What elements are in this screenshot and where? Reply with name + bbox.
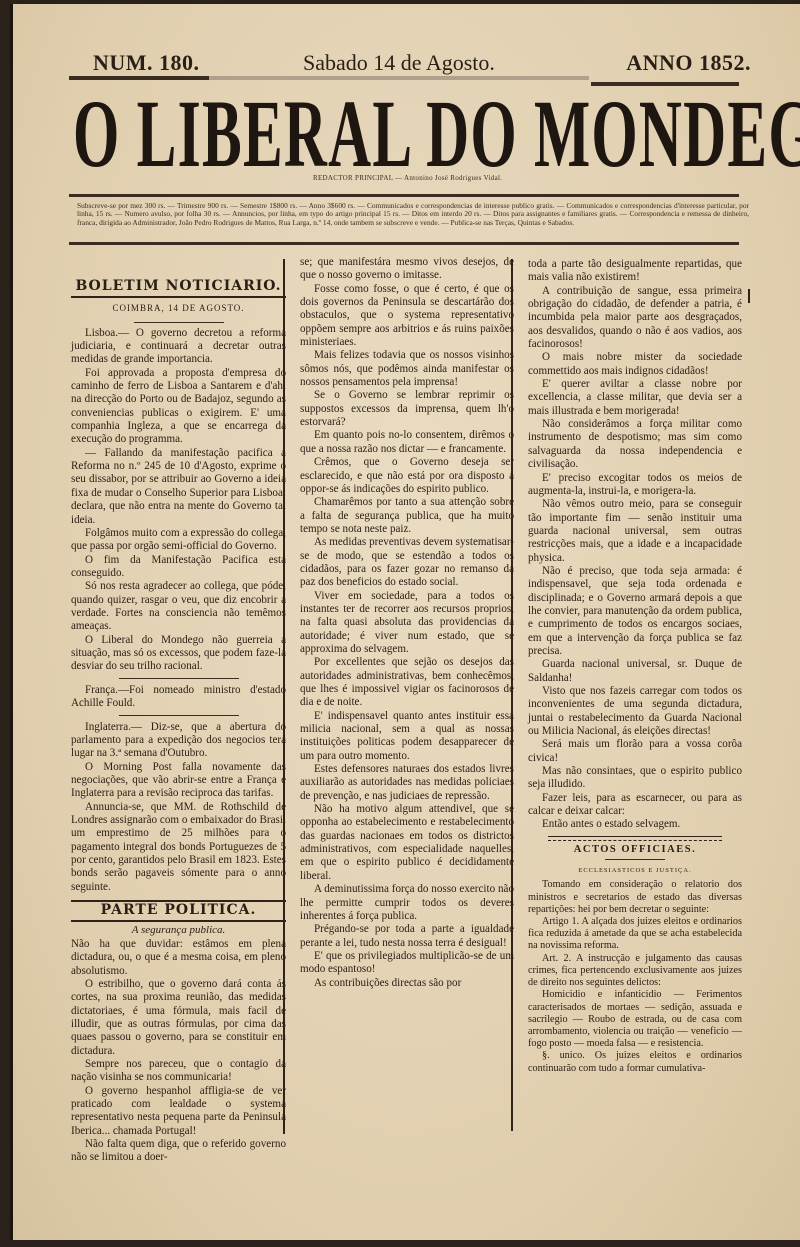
issue-number: NUM. 180. [93, 50, 200, 76]
article-paragraph: O estribilho, que o governo dará conta á… [71, 978, 286, 1058]
section-title-boletim: BOLETIM NOTICIARIO. [71, 280, 286, 293]
separator [119, 678, 239, 679]
article-paragraph: Estes defensores naturaes dos estados li… [300, 763, 514, 803]
article-paragraph: As contribuições directas são por [300, 977, 514, 990]
article-paragraph: Prégando-se por toda a parte a igualdade… [300, 923, 514, 950]
news-england: Inglaterra.— Diz-se, que a abertura do p… [71, 721, 286, 761]
article-paragraph: Não é preciso, que toda seja armada: é i… [528, 565, 742, 658]
subscription-rule-bottom [69, 242, 739, 245]
issue-date: Sabado 14 de Agosto. [303, 50, 495, 76]
article-paragraph: Folgâmos muito com a expressão do colleg… [71, 527, 286, 554]
editor-line: REDACTOR PRINCIPAL — Antonino José Rodri… [313, 174, 502, 182]
article-paragraph: Não falta quem diga, que o referido gove… [71, 1138, 286, 1165]
article-paragraph: A contribuição de sangue, essa primeira … [528, 285, 742, 352]
column-1: BOLETIM NOTICIARIO. COIMBRA, 14 DE AGOST… [71, 280, 286, 1165]
article-paragraph: toda a parte tão desigualmente repartida… [528, 258, 742, 285]
separator [605, 859, 665, 860]
article-paragraph: Viver em sociedade, para a todos os inst… [300, 590, 514, 657]
news-england: Annuncia-se, que MM. de Rothschild de Lo… [71, 801, 286, 894]
subscription-rule-top [69, 194, 739, 197]
subscription-info: Subscreve-se por mez 300 rs. — Trimestre… [77, 202, 749, 227]
section-title-politica: PARTE POLITICA. [71, 904, 286, 917]
article-paragraph: Mais felizes todavia que os nossos visin… [300, 349, 514, 389]
issue-year: ANNO 1852. [626, 50, 751, 76]
article-paragraph: O governo hespanhol affligia-se de ver p… [71, 1085, 286, 1138]
section-title-actos: ACTOS OFFICIAES. [528, 843, 742, 856]
article-paragraph: E' que os privilegiados multiplicão-se d… [300, 950, 514, 977]
article-paragraph: Lisboa.— O governo decretou a reforma ju… [71, 327, 286, 367]
article-paragraph: E' indispensavel quanto antes instituir … [300, 710, 514, 763]
article-paragraph: Chamarêmos por tanto a sua attenção sobr… [300, 496, 514, 536]
article-paragraph: O mais nobre mister da sociedade commett… [528, 351, 742, 378]
news-england: O Morning Post falla novamente das negoc… [71, 761, 286, 801]
article-paragraph: Mas não consintaes, que o espirito publi… [528, 765, 742, 792]
newspaper-page: NUM. 180. Sabado 14 de Agosto. ANNO 1852… [10, 4, 800, 1240]
newspaper-title: O LIBERAL DO MONDEGO. [73, 84, 495, 184]
decree-paragraph: Homicidio e infanticidio — Ferimentos ca… [528, 989, 742, 1050]
article-paragraph: Não ha que duvidar: estâmos em plena dic… [71, 938, 286, 978]
decree-paragraph: §. unico. Os juizes eleitos e ordinarios… [528, 1050, 742, 1074]
article-paragraph: se; que manifestára mesmo vivos desejos,… [300, 256, 514, 283]
article-paragraph: A deminutissima força do nosso exercito … [300, 883, 514, 923]
article-paragraph: Por excellentes que sejão os desejos das… [300, 656, 514, 709]
article-paragraph: E' preciso excogitar todos os meios de a… [528, 472, 742, 499]
article-paragraph: Então antes o estado selvagem. [528, 818, 742, 831]
dateline: COIMBRA, 14 DE AGOSTO. [71, 302, 286, 315]
news-france: França.—Foi nomeado ministro d'estado Ac… [71, 684, 286, 711]
section-subtitle-actos: ECCLESIASTICOS E JUSTIÇA. [528, 864, 742, 877]
article-paragraph: Não ha motivo algum attendivel, que se o… [300, 803, 514, 883]
separator [119, 715, 239, 716]
article-paragraph: O Liberal do Mondego não guerreia a situ… [71, 634, 286, 674]
article-paragraph: Guarda nacional universal, sr. Duque de … [528, 658, 742, 685]
article-subtitle: A segurança publica. [71, 924, 286, 937]
article-paragraph: Fosse como fosse, o que é certo, é que o… [300, 283, 514, 350]
separator [134, 322, 224, 323]
article-paragraph: E' querer aviltar a classe nobre por exc… [528, 378, 742, 418]
section-rule [71, 920, 286, 922]
article-paragraph: As medidas preventivas devem systematisa… [300, 536, 514, 589]
article-paragraph: Será mais um florão para a vossa corôa c… [528, 738, 742, 765]
column-2: se; que manifestára mesmo vivos desejos,… [300, 256, 514, 990]
article-paragraph: Não vêmos outro meio, para se conseguir … [528, 498, 742, 565]
ornamental-rule [548, 836, 722, 841]
article-paragraph: Foi approvada a proposta d'empresa do ca… [71, 367, 286, 447]
article-paragraph: Sempre nos pareceu, que o contagio da na… [71, 1058, 286, 1085]
article-paragraph: Crêmos, que o Governo deseja ser esclare… [300, 456, 514, 496]
article-paragraph: Só nos resta agradecer ao collega, que p… [71, 580, 286, 633]
article-paragraph: Visto que nos fazeis carregar com todos … [528, 685, 742, 738]
article-paragraph: Não considerâmos a força militar como in… [528, 418, 742, 471]
article-paragraph: Se o Governo se lembrar reprimir os supp… [300, 389, 514, 429]
article-paragraph: Fazer leis, para as escarnecer, ou para … [528, 792, 742, 819]
article-paragraph: — Fallando da manifestação pacifica a Re… [71, 447, 286, 527]
decree-paragraph: Art. 2. A instrucção e julgamento das ca… [528, 953, 742, 990]
column-3: toda a parte tão desigualmente repartida… [528, 258, 742, 1075]
article-paragraph: Em quanto pois no-lo consentem, dirêmos … [300, 429, 514, 456]
decree-paragraph: Tomando em consideração o relatorio dos … [528, 879, 742, 916]
page-edge-mark [748, 289, 750, 303]
section-rule [71, 296, 286, 298]
decree-paragraph: Artigo 1. A alçada dos juizes eleitos e … [528, 916, 742, 953]
article-paragraph: O fim da Manifestação Pacifica está cons… [71, 554, 286, 581]
